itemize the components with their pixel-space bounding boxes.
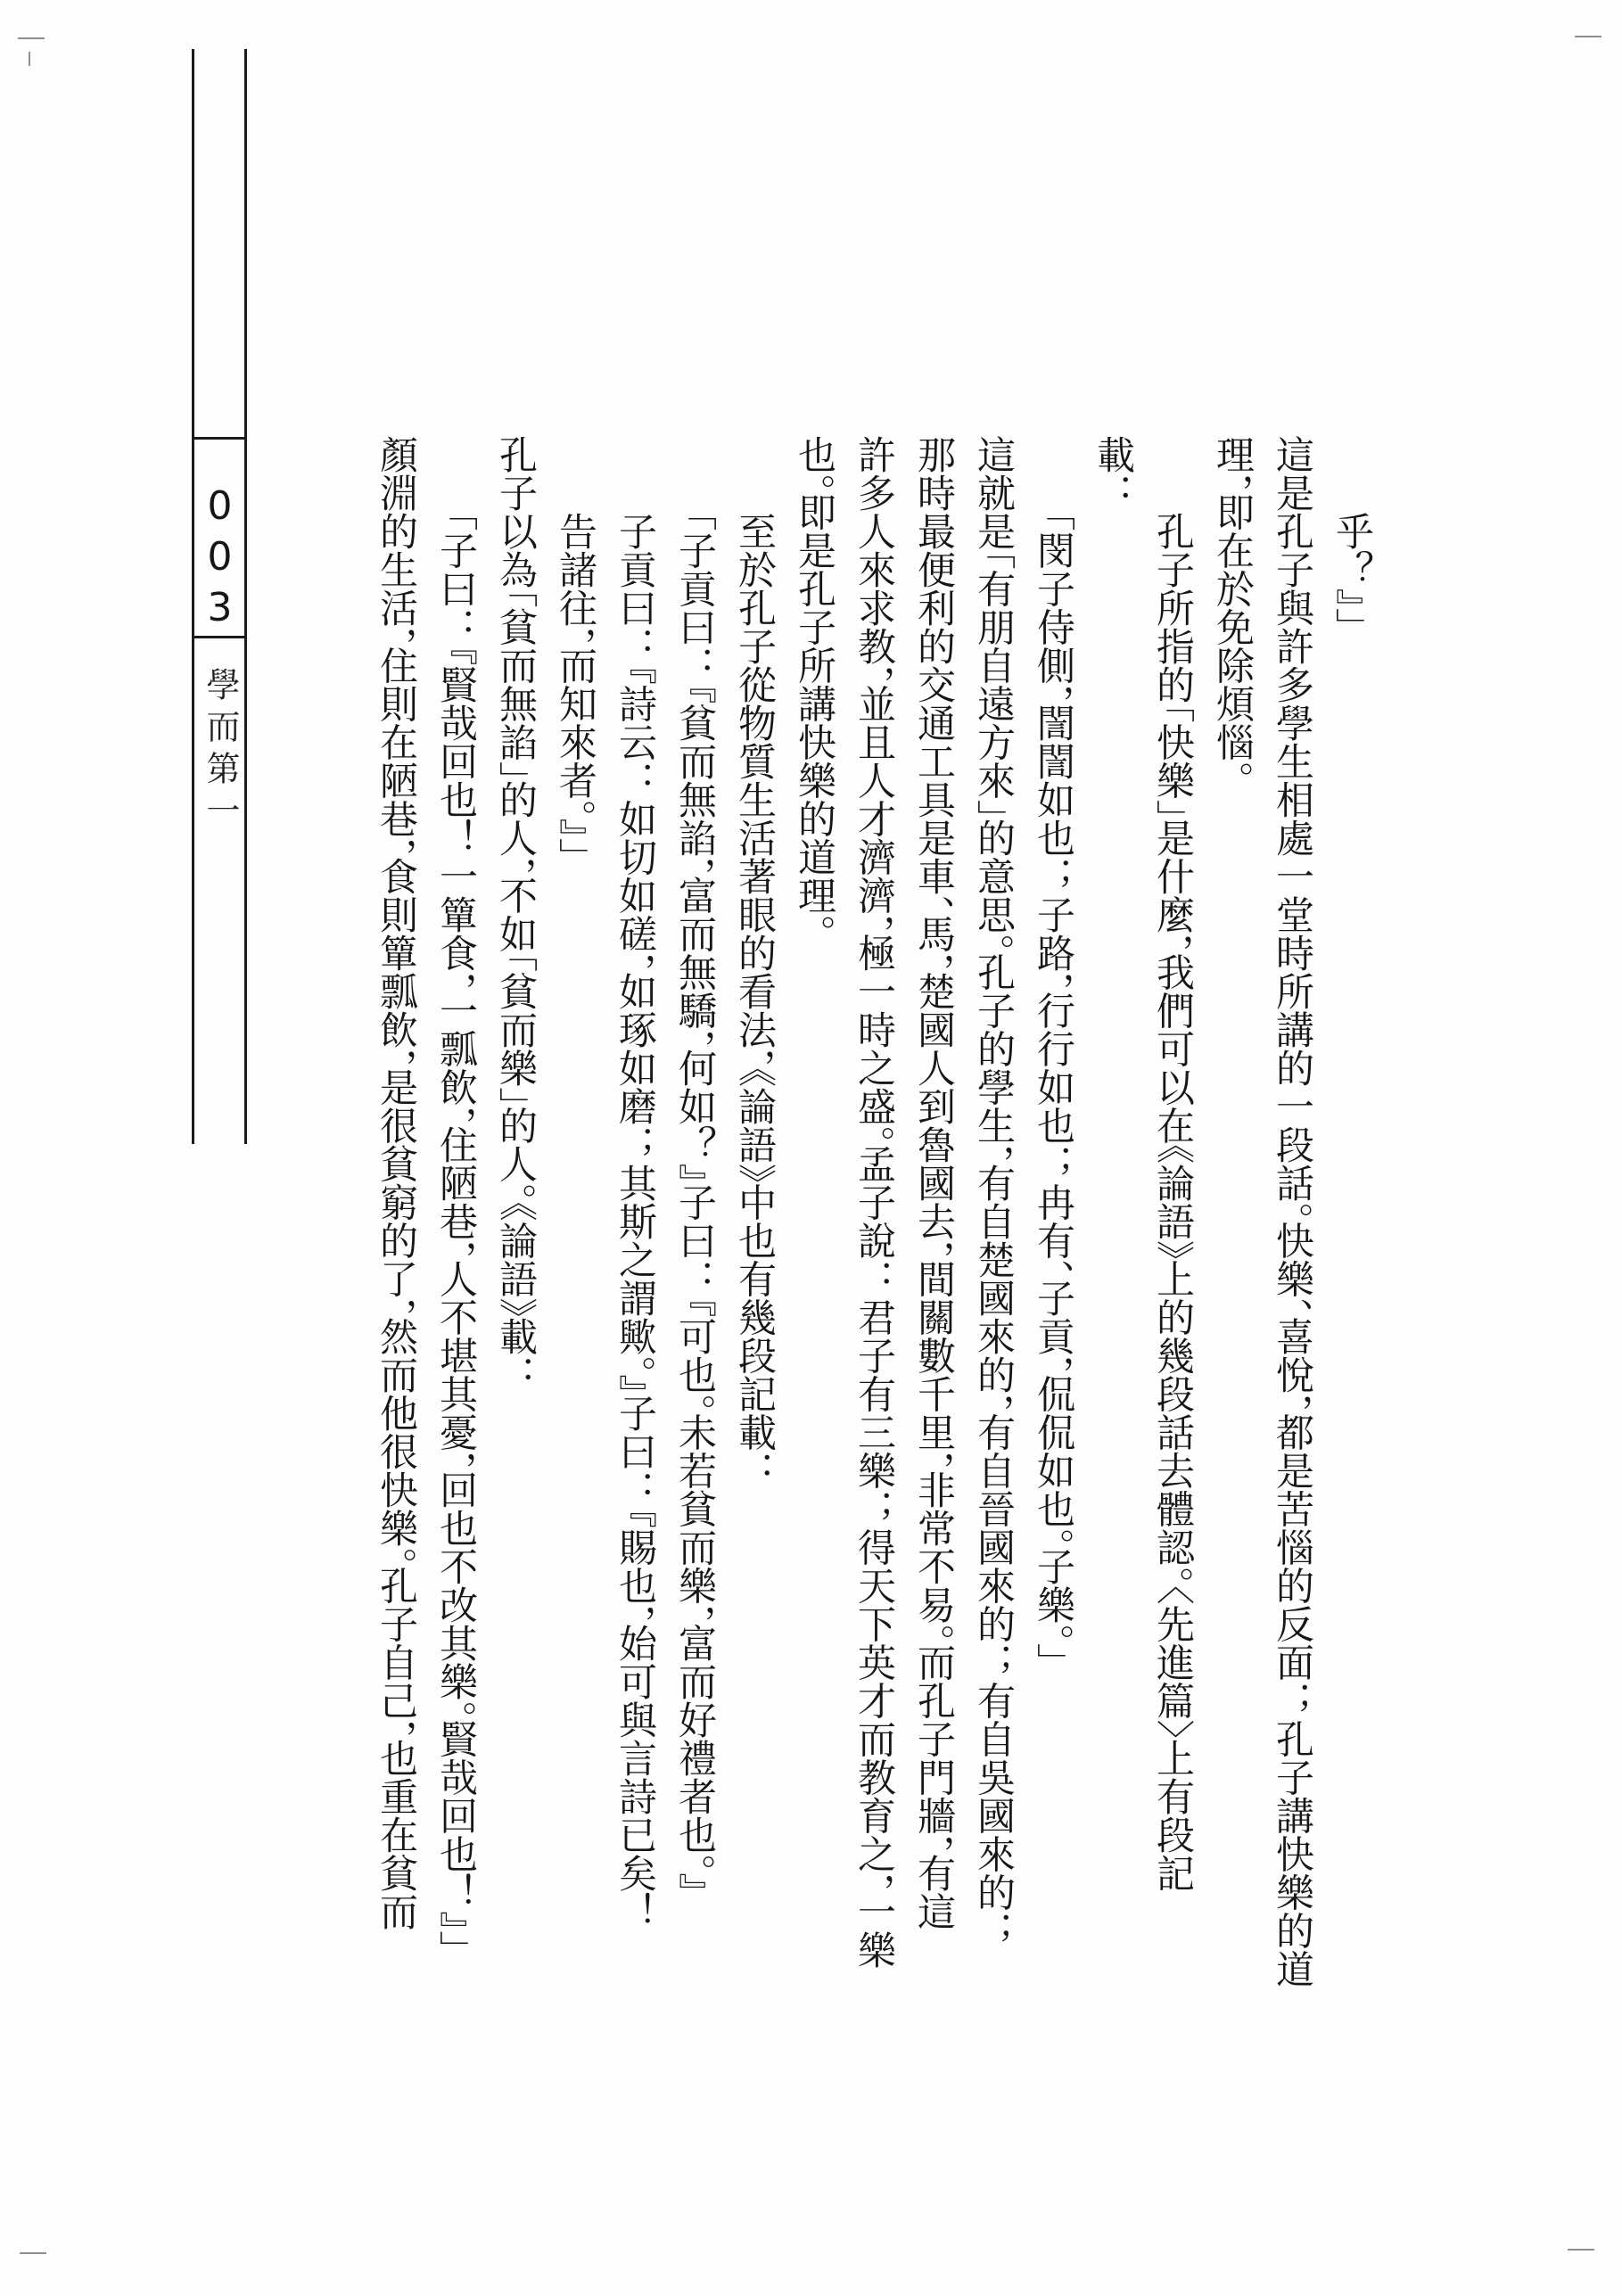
text-column: 也。即是孔子所講快樂的道理。: [784, 435, 844, 2174]
book-page: 003 學而第一 乎？』」 這是孔子與許多學生相處一堂時所講的一段話。快樂、喜悅…: [0, 0, 1622, 2296]
text-column: 告諸往，而知來者。』」: [545, 435, 605, 2174]
text-column: 「子貢曰：『貧而無諂，富而無驕，何如？』子曰：『可也。未若貧而樂，富而好禮者也。…: [664, 435, 724, 2174]
text-column: 子貢曰：『詩云：如切如磋，如琢如磨；其斯之謂歟。』子曰：『賜也，始可與言詩已矣！: [605, 435, 664, 2174]
crop-mark-top-left-tick: [29, 52, 30, 66]
text-column: 「子曰：『賢哉回也！一簞食，一瓢飲，住陋巷，人不堪其憂，回也不改其樂。賢哉回也！…: [425, 435, 485, 2174]
crop-mark-bottom-right: [1568, 2249, 1594, 2251]
text-column: 至於孔子從物質生活著眼的看法，《論語》中也有幾段記載：: [724, 435, 784, 2174]
crop-mark-top-right: [1575, 36, 1601, 37]
page-number: 003: [193, 483, 245, 636]
chapter-title: 學而第一: [197, 667, 242, 835]
text-column: 這就是「有朋自遠方來」的意思。孔子的學生，有自楚國來的，有自晉國來的；有自吳國來…: [963, 435, 1023, 2174]
text-column: 孔子以為「貧而無諂」的人，不如「貧而樂」的人。《論語》載：: [485, 435, 545, 2174]
margin-divider-top: [192, 437, 247, 440]
text-column: 載：: [1083, 435, 1142, 2174]
text-column: 乎？』」: [1321, 435, 1381, 2174]
margin-divider-bottom: [192, 636, 247, 638]
main-text-block: 乎？』」 這是孔子與許多學生相處一堂時所講的一段話。快樂、喜悅，都是苦惱的反面；…: [366, 435, 1381, 2174]
text-column: 「閔子侍側，誾誾如也；子路，行行如也；冉有、子貢，侃侃如也。子樂。」: [1023, 435, 1083, 2174]
text-column: 許多人來求教，並且人才濟濟，極一時之盛。孟子說：君子有三樂；得天下英才而教育之，…: [844, 435, 903, 2174]
text-column: 那時最便利的交通工具是車、馬，楚國人到魯國去，間關數千里，非常不易。而孔子門牆，…: [903, 435, 963, 2174]
text-column: 顏淵的生活，住則在陋巷，食則簞瓢飲，是很貧窮的了，然而他很快樂。孔子自己，也重在…: [366, 435, 425, 2174]
text-column: 理，即在於免除煩惱。: [1202, 435, 1262, 2174]
crop-mark-top-left: [18, 37, 45, 39]
crop-mark-bottom-left: [20, 2252, 46, 2254]
text-column: 孔子所指的「快樂」是什麼，我們可以在《論語》上的幾段話去體認。〈先進篇〉上有段記: [1142, 435, 1202, 2174]
text-column: 這是孔子與許多學生相處一堂時所講的一段話。快樂、喜悅，都是苦惱的反面；孔子講快樂…: [1262, 435, 1321, 2174]
